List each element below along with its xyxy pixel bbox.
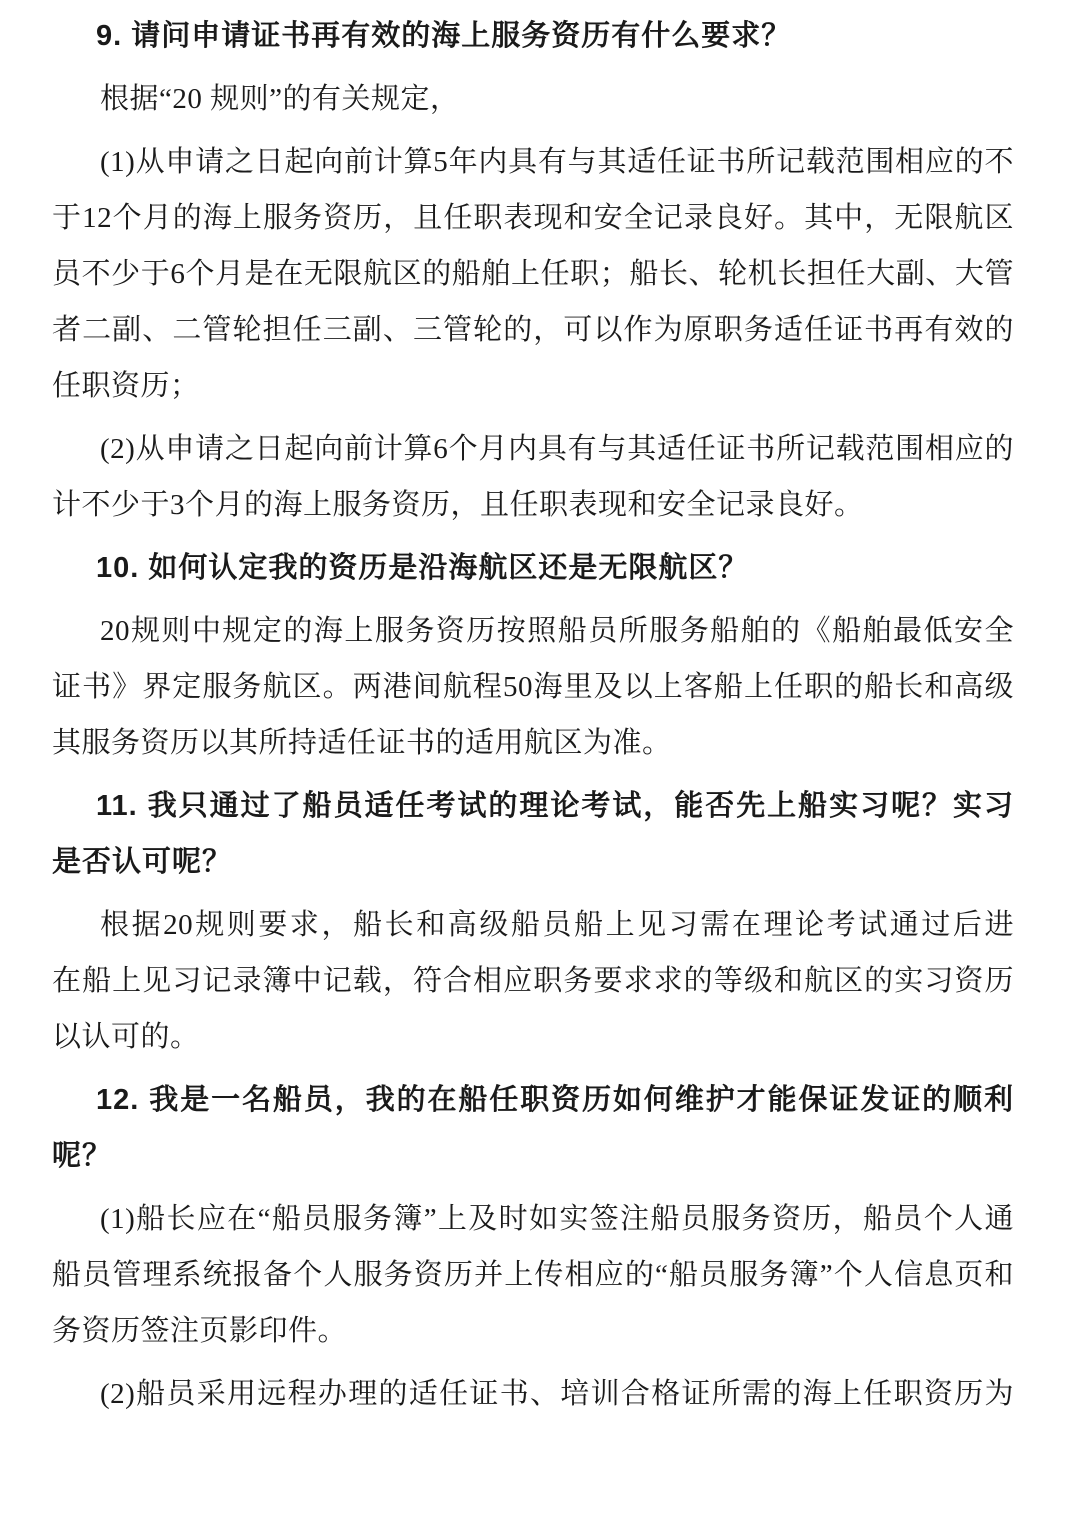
text-line: 是否认可呢？ [52,834,1014,890]
text-line: 其服务资历以其所持适任证书的适用航区为准。 [52,715,1014,771]
document-body: 9. 请问申请证书再有效的海上服务资历有什么要求？根据“20 规则”的有关规定，… [52,8,1014,1422]
text-line: 10. 如何认定我的资历是沿海航区还是无限航区？ [52,540,1014,596]
text-line: 呢？ [52,1128,1014,1184]
question-12-heading: 12. 我是一名船员，我的在船任职资历如何维护才能保证发证的顺利开展呢？ [52,1072,1014,1184]
text-line: 12. 我是一名船员，我的在船任职资历如何维护才能保证发证的顺利开展 [52,1072,1014,1128]
answer-10: 20规则中规定的海上服务资历按照船员所服务船舶的《船舶最低安全配员证书》界定服务… [52,603,1014,771]
text-line: 在船上见习记录簿中记载，符合相应职务要求求的等级和航区的实习资历是予 [52,953,1014,1009]
text-line: (2)从申请之日起向前计算6个月内具有与其适任证书所记载范围相应的累 [52,421,1014,477]
document-page: 9. 请问申请证书再有效的海上服务资历有什么要求？根据“20 规则”的有关规定，… [0,0,1080,1527]
text-line: (1)船长应在“船员服务簿”上及时如实签注船员服务资历，船员个人通过 [52,1191,1014,1247]
text-line: 证书》界定服务航区。两港间航程50海里及以上客船上任职的船长和高级船员 [52,659,1014,715]
text-line: 根据20规则要求，船长和高级船员船上见习需在理论考试通过后进行，并 [52,897,1014,953]
text-line: 20规则中规定的海上服务资历按照船员所服务船舶的《船舶最低安全配员 [52,603,1014,659]
answer-12-item-2: (2)船员采用远程办理的适任证书、培训合格证所需的海上任职资历为船员 [52,1366,1014,1422]
text-line: 于12个月的海上服务资历，且任职表现和安全记录良好。其中，无限航区的船 [52,190,1014,246]
answer-12-item-1: (1)船长应在“船员服务簿”上及时如实签注船员服务资历，船员个人通过船员管理系统… [52,1191,1014,1359]
text-line: 以认可的。 [52,1009,1014,1065]
text-line: 计不少于3个月的海上服务资历，且任职表现和安全记录良好。 [52,477,1014,533]
question-10-heading: 10. 如何认定我的资历是沿海航区还是无限航区？ [52,540,1014,596]
text-line: 9. 请问申请证书再有效的海上服务资历有什么要求？ [52,8,1014,64]
text-line: 11. 我只通过了船员适任考试的理论考试，能否先上船实习呢？实习资历 [52,778,1014,834]
answer-11: 根据20规则要求，船长和高级船员船上见习需在理论考试通过后进行，并在船上见习记录… [52,897,1014,1065]
text-line: 务资历签注页影印件。 [52,1303,1014,1359]
text-line: 员不少于6个月是在无限航区的船舶上任职；船长、轮机长担任大副、大管轮或 [52,246,1014,302]
text-line: (1)从申请之日起向前计算5年内具有与其适任证书所记载范围相应的不少 [52,134,1014,190]
question-9-heading: 9. 请问申请证书再有效的海上服务资历有什么要求？ [52,8,1014,64]
text-line: 根据“20 规则”的有关规定， [52,71,1014,127]
answer-9-intro: 根据“20 规则”的有关规定， [52,71,1014,127]
text-line: 船员管理系统报备个人服务资历并上传相应的“船员服务簿”个人信息页和服 [52,1247,1014,1303]
text-line: (2)船员采用远程办理的适任证书、培训合格证所需的海上任职资历为船员 [52,1366,1014,1422]
text-line: 者二副、二管轮担任三副、三管轮的，可以作为原职务适任证书再有效的海上 [52,302,1014,358]
answer-9-item-2: (2)从申请之日起向前计算6个月内具有与其适任证书所记载范围相应的累计不少于3个… [52,421,1014,533]
answer-9-item-1: (1)从申请之日起向前计算5年内具有与其适任证书所记载范围相应的不少于12个月的… [52,134,1014,414]
text-line: 任职资历； [52,358,1014,414]
question-11-heading: 11. 我只通过了船员适任考试的理论考试，能否先上船实习呢？实习资历是否认可呢？ [52,778,1014,890]
